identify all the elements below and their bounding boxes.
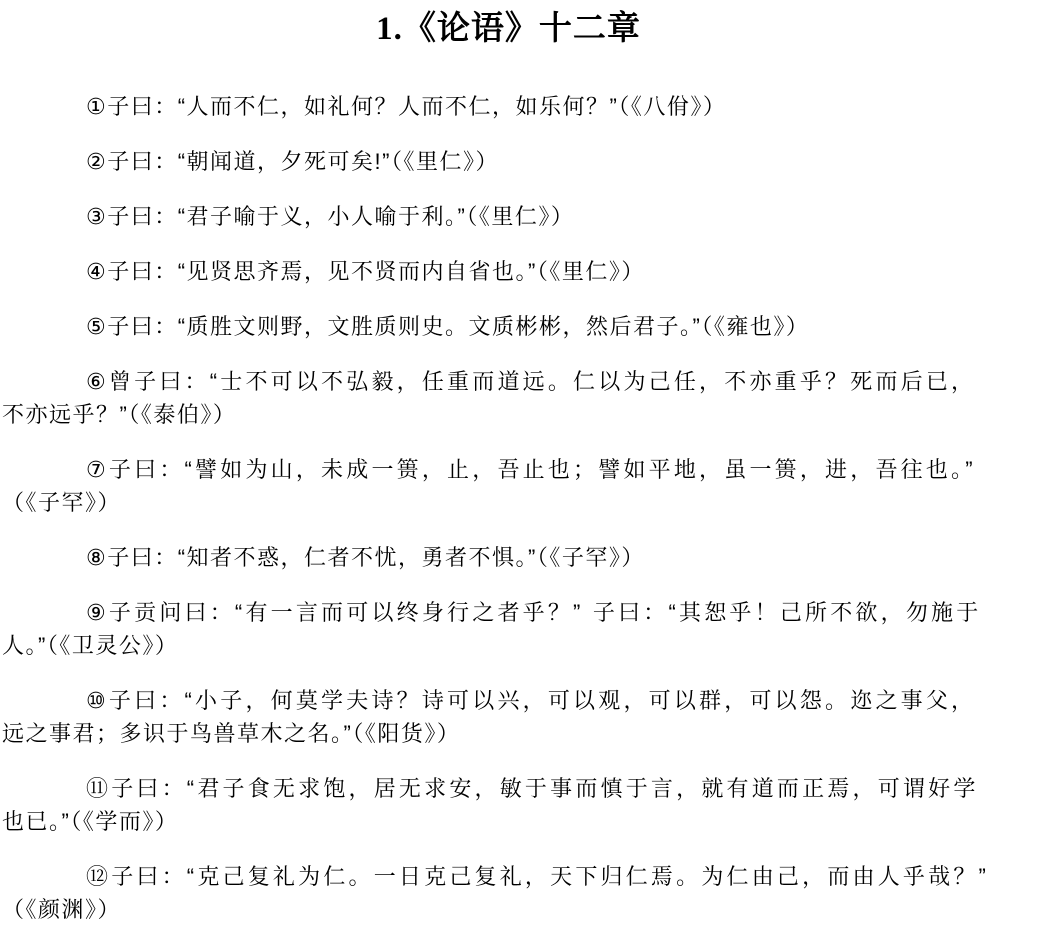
analects-paragraph-1: ①子曰：“人而不仁，如礼何？人而不仁，如乐何？”（《八佾》） (2, 90, 1015, 123)
analects-paragraph-11: ⑪子曰：“君子食无求饱，居无求安，敏于事而慎于言，就有道而正焉，可谓好学 也已。… (2, 772, 1015, 838)
analects-paragraph-2: ②子曰：“朝闻道，夕死可矣!”（《里仁》） (2, 145, 1015, 178)
analects-paragraph-6: ⑥曾子曰：“士不可以不弘毅，任重而道远。仁以为己任，不亦重乎？死而后已， 不亦远… (2, 365, 1015, 431)
text-line: ⑤子曰：“质胜文则野，文胜质则史。文质彬彬，然后君子。”（《雍也》） (2, 310, 1015, 343)
text-line: ③子曰：“君子喻于义，小人喻于利。”（《里仁》） (2, 200, 1015, 233)
text-line: 也已。”（《学而》） (2, 805, 1015, 838)
text-line: ⑩子曰：“小子，何莫学夫诗？诗可以兴，可以观，可以群，可以怨。迩之事父， (2, 684, 1015, 717)
text-line: ⑨子贡问曰：“有一言而可以终身行之者乎？” 子曰：“其恕乎！己所不欲，勿施于 (2, 596, 1015, 629)
text-line: ⑦子曰：“譬如为山，未成一篑，止，吾止也；譬如平地，虽一篑，进，吾往也。” (2, 453, 1015, 486)
analects-paragraph-5: ⑤子曰：“质胜文则野，文胜质则史。文质彬彬，然后君子。”（《雍也》） (2, 310, 1015, 343)
document-page: 1.《论语》十二章 ①子曰：“人而不仁，如礼何？人而不仁，如乐何？”（《八佾》）… (0, 8, 1055, 928)
text-line: 远之事君；多识于鸟兽草木之名。”（《阳货》） (2, 717, 1015, 750)
text-line: ⑧子曰：“知者不惑，仁者不忧，勇者不惧。”（《子罕》） (2, 541, 1015, 574)
analects-paragraph-3: ③子曰：“君子喻于义，小人喻于利。”（《里仁》） (2, 200, 1015, 233)
analects-paragraph-8: ⑧子曰：“知者不惑，仁者不忧，勇者不惧。”（《子罕》） (2, 541, 1015, 574)
text-line: ①子曰：“人而不仁，如礼何？人而不仁，如乐何？”（《八佾》） (2, 90, 1015, 123)
text-line: ⑪子曰：“君子食无求饱，居无求安，敏于事而慎于言，就有道而正焉，可谓好学 (2, 772, 1015, 805)
text-line: ②子曰：“朝闻道，夕死可矣!”（《里仁》） (2, 145, 1015, 178)
page-title: 1.《论语》十二章 (2, 8, 1015, 50)
text-line: ④子曰：“见贤思齐焉，见不贤而内自省也。”（《里仁》） (2, 255, 1015, 288)
analects-paragraph-10: ⑩子曰：“小子，何莫学夫诗？诗可以兴，可以观，可以群，可以怨。迩之事父， 远之事… (2, 684, 1015, 750)
text-line: （《颜渊》） (2, 893, 1015, 926)
analects-paragraph-4: ④子曰：“见贤思齐焉，见不贤而内自省也。”（《里仁》） (2, 255, 1015, 288)
analects-paragraph-12: ⑫子曰：“克己复礼为仁。一日克己复礼，天下归仁焉。为仁由己，而由人乎哉？” （《… (2, 860, 1015, 926)
text-line: ⑫子曰：“克己复礼为仁。一日克己复礼，天下归仁焉。为仁由己，而由人乎哉？” (2, 860, 1015, 893)
text-line: 不亦远乎？”（《泰伯》） (2, 398, 1015, 431)
text-line: 人。”（《卫灵公》） (2, 629, 1015, 662)
analects-paragraph-9: ⑨子贡问曰：“有一言而可以终身行之者乎？” 子曰：“其恕乎！己所不欲，勿施于 人… (2, 596, 1015, 662)
text-line: ⑥曾子曰：“士不可以不弘毅，任重而道远。仁以为己任，不亦重乎？死而后已， (2, 365, 1015, 398)
text-line: （《子罕》） (2, 486, 1015, 519)
analects-paragraph-7: ⑦子曰：“譬如为山，未成一篑，止，吾止也；譬如平地，虽一篑，进，吾往也。” （《… (2, 453, 1015, 519)
